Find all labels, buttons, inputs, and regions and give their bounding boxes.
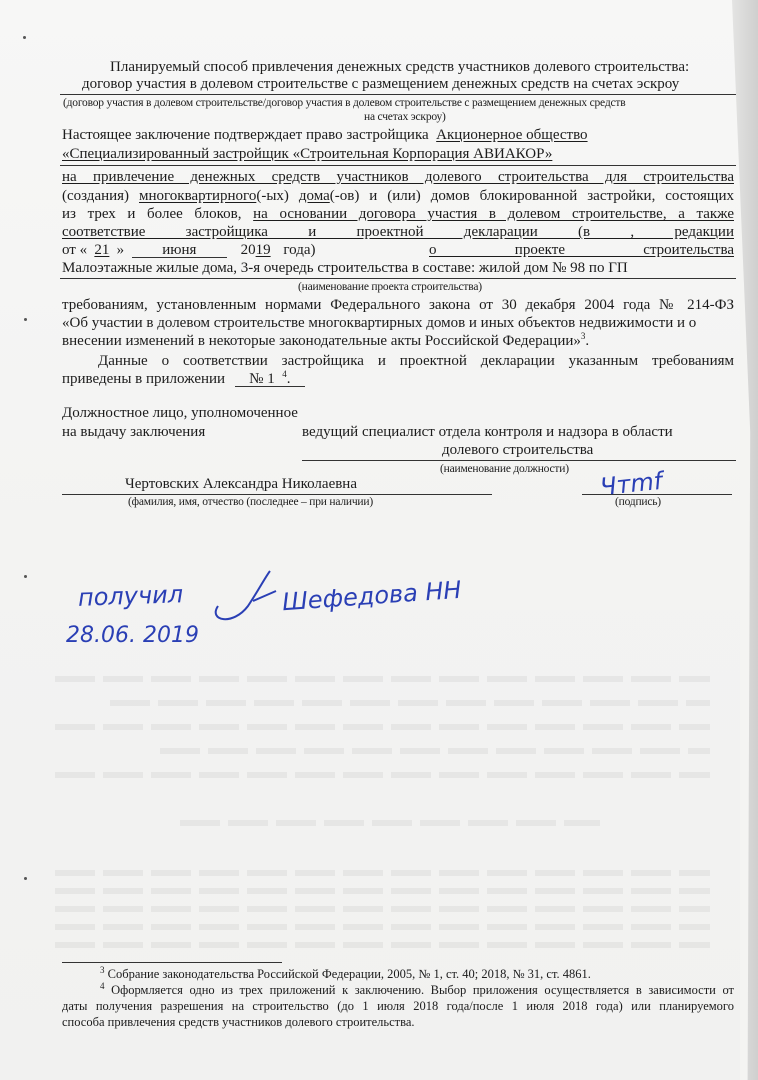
footnote-ref-3: 3 (581, 331, 586, 341)
project-caption: (наименование проекта строительства) (298, 280, 482, 294)
position-rule (302, 460, 736, 461)
bleed-through (55, 676, 710, 682)
about-project: о проекте строительства (429, 241, 734, 259)
p1-line1: на привлечение денежных средств участник… (62, 168, 734, 186)
header-caption-line2: на счетах эскроу) (364, 110, 446, 124)
handwritten-recipient: Шефедова НН (281, 576, 462, 616)
developer-name-line2: «Специализированный застройщик «Строител… (62, 145, 552, 163)
margin-mark (24, 318, 27, 321)
bleed-through (180, 820, 600, 826)
project-name: Малоэтажные жилые дома, 3-я очередь стро… (62, 259, 628, 277)
p2-line2: «Об участии в долевом строительстве мног… (62, 314, 696, 332)
p2-line3: внесении изменений в некоторые законодат… (62, 332, 589, 350)
bleed-through (160, 748, 710, 754)
date-day: 21 (91, 241, 113, 259)
footnote-4-line3: способа привлечения средств участников д… (62, 1015, 415, 1030)
bleed-through (55, 724, 710, 730)
official-label-line2: на выдачу заключения (62, 423, 205, 441)
developer-name-line1: Акционерное общество (436, 127, 587, 143)
developer-rule (60, 165, 736, 166)
bleed-through (55, 924, 710, 930)
bleed-through (55, 888, 710, 894)
date-month: июня (132, 243, 227, 258)
intro-text: Настоящее заключение подтверждает право … (62, 126, 588, 144)
position-caption: (наименование должности) (440, 462, 569, 476)
margin-mark (24, 575, 27, 578)
header-title-line1: Планируемый способ привлечения денежных … (110, 58, 689, 76)
p3-line1: Данные о соответствии застройщика и прое… (62, 352, 734, 370)
p1-line3: из трех и более блоков, на основании дог… (62, 205, 734, 223)
bleed-through (110, 700, 710, 706)
name-caption: (фамилия, имя, отчество (последнее – при… (128, 495, 373, 509)
bleed-through (55, 942, 710, 948)
p2-line1: требованиям, установленным нормами Федер… (62, 296, 734, 314)
bleed-through (55, 906, 710, 912)
handwritten-date: 28.06. 2019 (66, 623, 199, 648)
official-name: Чертовских Александра Николаевна (125, 475, 357, 493)
footnote-3: 3 Собрание законодательства Российской Ф… (100, 967, 591, 982)
margin-mark (24, 877, 27, 880)
handwritten-received: получил (78, 580, 184, 612)
official-label-line1: Должностное лицо, уполномоченное (62, 404, 298, 422)
header-caption-line1: (договор участия в долевом строительстве… (63, 96, 625, 110)
p1-line2: (создания) многоквартирного(-ых) дома(-о… (62, 187, 734, 205)
official-position-line2: долевого строительства (442, 441, 593, 459)
header-title-line2: договор участия в долевом строительстве … (82, 75, 679, 93)
date-line: от « 21 » июня 2019 года) о проекте стро… (62, 241, 734, 259)
footnote-4-line1: 4 Оформляется одно из трех приложений к … (62, 983, 734, 998)
p3-line2: приведены в приложении № 1 4. (62, 370, 305, 388)
appendix-number: № 1 4. (235, 372, 305, 387)
bleed-through (55, 772, 710, 778)
header-rule (60, 94, 736, 95)
official-position-line1: ведущий специалист отдела контроля и над… (302, 423, 673, 441)
signature-flourish-icon (208, 566, 278, 626)
signature-caption: (подпись) (615, 495, 661, 509)
p1-line4: соответствие застройщика и проектной дек… (62, 223, 734, 241)
document-page: Планируемый способ привлечения денежных … (0, 0, 740, 1080)
date-year: 19 (256, 241, 280, 259)
margin-mark (23, 36, 26, 39)
footnote-4-line2: даты получения разрешения на строительст… (62, 999, 734, 1014)
footnote-separator (62, 962, 282, 963)
project-rule (60, 278, 736, 279)
bleed-through (55, 870, 710, 876)
